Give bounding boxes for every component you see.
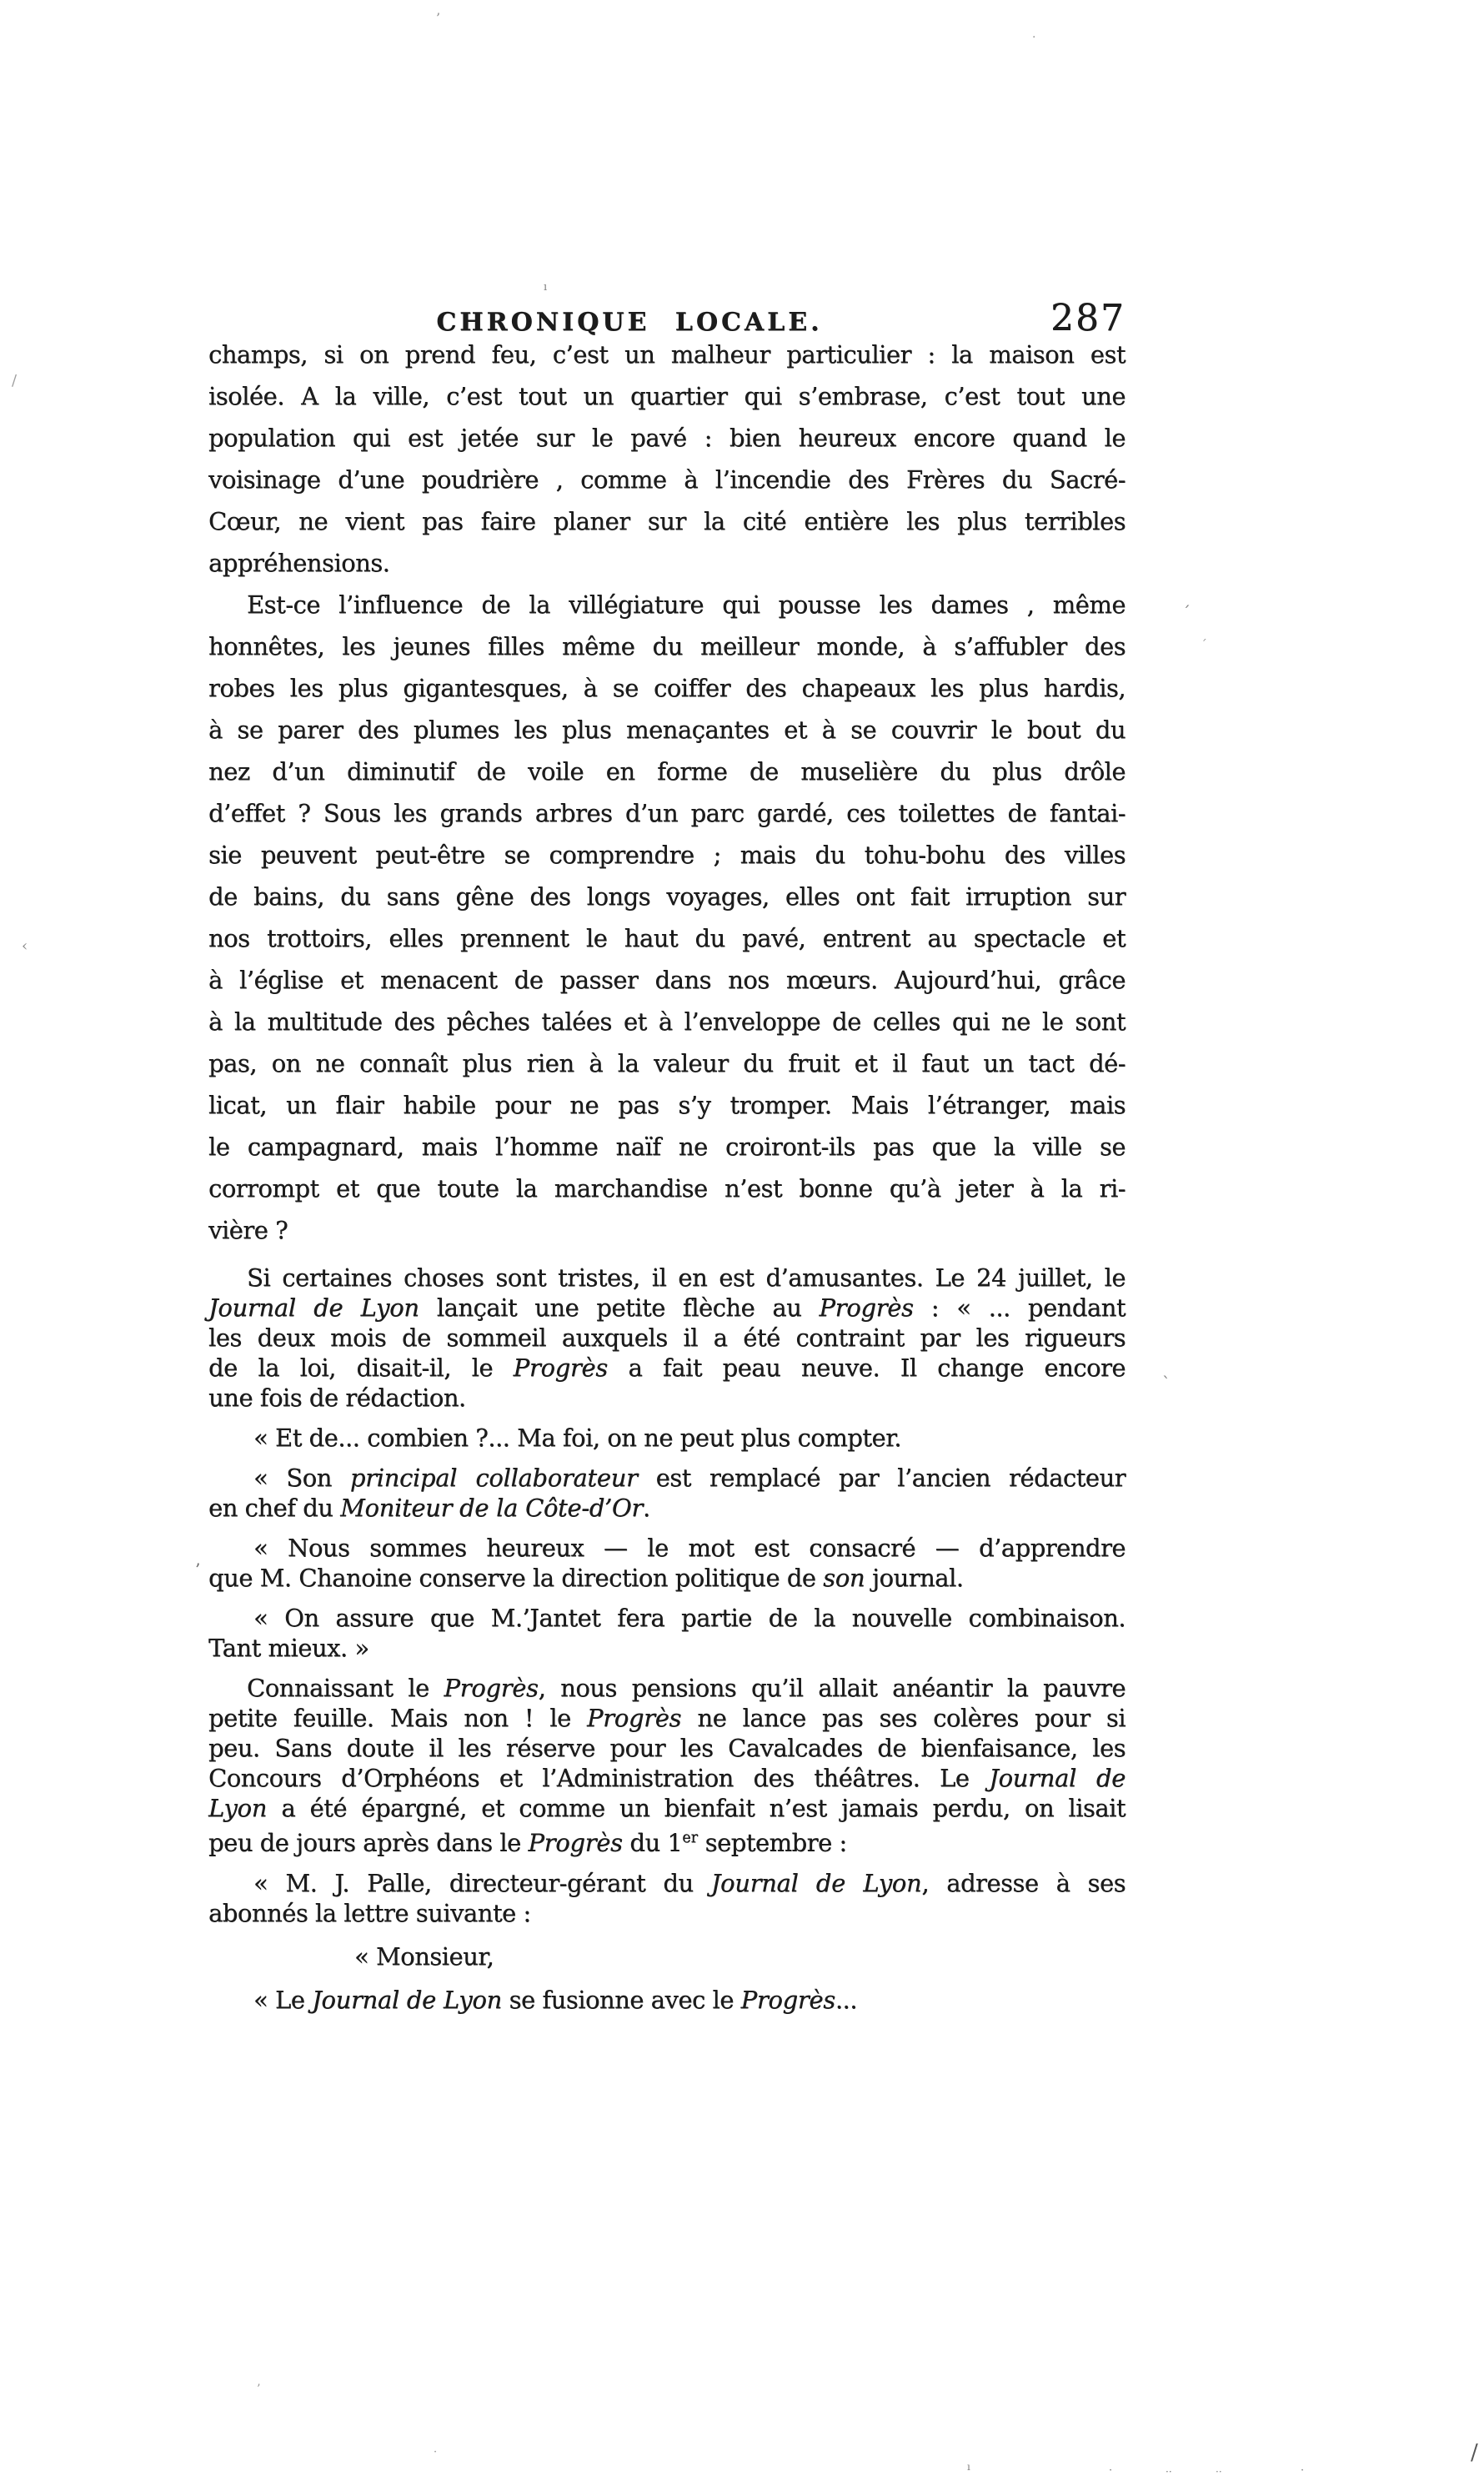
plain-text: appréhensions. (208, 549, 389, 577)
text-line: sie peuvent peut-être se comprendre ; ma… (208, 834, 1126, 876)
plain-text: « Monsieur, (354, 1942, 494, 1971)
text-line: nos trottoirs, elles prennent le haut du… (208, 917, 1126, 959)
text-block: champs, si on prend feu, c’est un malheu… (208, 334, 1126, 2015)
plain-text: licat, un flair habile pour ne pas s’y t… (208, 1091, 1126, 1119)
text-line: « Et de... combien ?... Ma foi, on ne pe… (208, 1423, 1126, 1453)
text-line: vière ? (208, 1209, 1126, 1251)
italic-text: Progrès (587, 1704, 681, 1732)
plain-text: , adresse à ses (921, 1869, 1126, 1897)
italic-text: Progrès (819, 1293, 913, 1322)
scan-speck: ` (1162, 1374, 1171, 1391)
scan-speck: ´ (1182, 604, 1191, 620)
scan-speck: ’ (257, 2383, 260, 2395)
italic-text: Progrès (444, 1674, 538, 1702)
plain-text: Cœur, ne vient pas faire planer sur la c… (208, 507, 1126, 535)
plain-text: nos trottoirs, elles prennent le haut du… (208, 924, 1126, 952)
plain-text: à se parer des plumes les plus menaçante… (208, 716, 1126, 744)
scan-speck: · (434, 2447, 437, 2458)
quote-on-assure: « On assure que M.’Jantet fera partie de… (208, 1603, 1126, 1663)
quote-fusion: « Le Journal de Lyon se fusionne avec le… (208, 1985, 1126, 2015)
plain-text: petite feuille. Mais non ! le (208, 1704, 587, 1732)
scan-speck: ˊ (1201, 639, 1207, 652)
text-line: pas, on ne connaît plus rien à la valeur… (208, 1042, 1126, 1084)
text-line: Concours d’Orphéons et l’Administration … (208, 1763, 1126, 1793)
text-line: Lyon a été épargné, et comme un bienfait… (208, 1793, 1126, 1823)
text-line: peu. Sans doute il les réserve pour les … (208, 1733, 1126, 1763)
scan-speck: · (1109, 2465, 1112, 2476)
scan-speck: ·· (1166, 2467, 1172, 2477)
text-line: à la multitude des pêches talées et à l’… (208, 1001, 1126, 1042)
scan-speck: / (1471, 2442, 1478, 2463)
plain-text: une fois de rédaction. (208, 1384, 466, 1412)
text-line: abonnés la lettre suivante : (208, 1898, 1126, 1928)
plain-text: « On assure que M.’Jantet fera partie de… (253, 1604, 1126, 1632)
text-line: le campagnard, mais l’homme naïf ne croi… (208, 1126, 1126, 1168)
text-line: Journal de Lyon lançait une petite flèch… (208, 1293, 1126, 1323)
text-line: Si certaines choses sont tristes, il en … (208, 1263, 1126, 1293)
scan-speck: ı (544, 282, 547, 293)
italic-text: Moniteur de la Côte-d’Or (340, 1494, 643, 1522)
plain-text: robes les plus gigantesques, à se coiffe… (208, 674, 1126, 702)
plain-text: population qui est jetée sur le pavé : b… (208, 424, 1126, 452)
plain-text: Si certaines choses sont tristes, il en … (247, 1263, 1126, 1292)
text-line: « Monsieur, (208, 1941, 1126, 1971)
scan-speck: · (1032, 32, 1035, 43)
text-line: de bains, du sans gêne des longs voyages… (208, 876, 1126, 917)
superscript-text: er (682, 1830, 698, 1846)
text-line: Cœur, ne vient pas faire planer sur la c… (208, 500, 1126, 542)
text-line: à l’église et menacent de passer dans no… (208, 959, 1126, 1001)
text-line: appréhensions. (208, 542, 1126, 584)
plain-text: de bains, du sans gêne des longs voyages… (208, 882, 1126, 911)
plain-text: lançait une petite flèche au (419, 1293, 820, 1322)
italic-text: son (823, 1564, 865, 1592)
plain-text: « Son (253, 1464, 350, 1492)
plain-text: Concours d’Orphéons et l’Administration … (208, 1764, 989, 1792)
plain-text: sie peuvent peut-être se comprendre ; ma… (208, 841, 1126, 869)
plain-text: « Le (253, 1986, 312, 2014)
plain-text: honnêtes, les jeunes filles même du meil… (208, 632, 1126, 660)
quote-et-de-combien: « Et de... combien ?... Ma foi, on ne pe… (208, 1423, 1126, 1453)
plain-text: a fait peau neuve. Il change encore (608, 1354, 1126, 1382)
italic-text: Progrès (528, 1829, 622, 1857)
text-line: Est-ce l’influence de la villégiature qu… (208, 584, 1126, 625)
plain-text: corrompt et que toute la marchandise n’e… (208, 1174, 1126, 1203)
scan-speck: / (12, 374, 17, 389)
text-line: « M. J. Palle, directeur-gérant du Journ… (208, 1868, 1126, 1898)
plain-text: que M. Chanoine conserve la direction po… (208, 1564, 823, 1592)
quote-palle-lettre: « M. J. Palle, directeur-gérant du Journ… (208, 1868, 1126, 1928)
plain-text: Tant mieux. » (208, 1634, 369, 1662)
text-line: « On assure que M.’Jantet fera partie de… (208, 1603, 1126, 1633)
text-line: « Le Journal de Lyon se fusionne avec le… (208, 1985, 1126, 2015)
text-line: Tant mieux. » (208, 1633, 1126, 1663)
scan-speck: ‹ (22, 939, 28, 954)
plain-text: vière ? (208, 1216, 288, 1244)
quote-nous-sommes-heureux: « Nous sommes heureux — le mot est consa… (208, 1533, 1126, 1593)
plain-text: les deux mois de sommeil auxquels il a é… (208, 1323, 1126, 1352)
plain-text: à la multitude des pêches talées et à l’… (208, 1007, 1126, 1036)
text-line: voisinage d’une poudrière , comme à l’in… (208, 459, 1126, 500)
quote-son-collaborateur: « Son principal collaborateur est rempla… (208, 1463, 1126, 1523)
italic-text: principal collaborateur (350, 1464, 638, 1492)
scan-speck: ’ (195, 1561, 200, 1578)
paragraph-champs: champs, si on prend feu, c’est un malheu… (208, 334, 1126, 584)
text-line: en chef du Moniteur de la Côte-d’Or. (208, 1493, 1126, 1523)
text-line: isolée. A la ville, c’est tout un quarti… (208, 375, 1126, 417)
italic-text: Journal de (989, 1764, 1126, 1792)
plain-text: à l’église et menacent de passer dans no… (208, 966, 1126, 994)
italic-text: Journal de Lyon (711, 1869, 922, 1897)
scan-speck: ·· (1216, 2467, 1222, 2477)
text-line: une fois de rédaction. (208, 1383, 1126, 1413)
plain-text: septembre : (698, 1829, 847, 1857)
text-line: population qui est jetée sur le pavé : b… (208, 417, 1126, 459)
plain-text: : « ... pendant (914, 1293, 1126, 1322)
plain-text: se fusionne avec le (502, 1986, 741, 2014)
text-line: nez d’un diminutif de voile en forme de … (208, 751, 1126, 792)
plain-text: . (643, 1494, 650, 1522)
italic-text: Journal de Lyon (312, 1986, 502, 2014)
italic-text: Lyon (208, 1794, 267, 1822)
plain-text: nez d’un diminutif de voile en forme de … (208, 757, 1126, 786)
plain-text: en chef du (208, 1494, 340, 1522)
plain-text: peu de jours après dans le (208, 1829, 528, 1857)
paragraph-villegiature: Est-ce l’influence de la villégiature qu… (208, 584, 1126, 1251)
italic-text: Journal de Lyon (208, 1293, 419, 1322)
plain-text: pas, on ne connaît plus rien à la valeur… (208, 1049, 1126, 1077)
plain-text: le campagnard, mais l’homme naïf ne croi… (208, 1133, 1126, 1161)
italic-text: Progrès (514, 1354, 608, 1382)
paragraph-connaissant-progres: Connaissant le Progrès, nous pensions qu… (208, 1673, 1126, 1858)
text-line: « Son principal collaborateur est rempla… (208, 1463, 1126, 1493)
plain-text: journal. (865, 1564, 963, 1592)
text-line: à se parer des plumes les plus menaçante… (208, 709, 1126, 751)
plain-text: , nous pensions qu’il allait anéantir la… (539, 1674, 1126, 1702)
text-line: petite feuille. Mais non ! le Progrès ne… (208, 1703, 1126, 1733)
text-line: licat, un flair habile pour ne pas s’y t… (208, 1084, 1126, 1126)
plain-text: « Nous sommes heureux — le mot est consa… (253, 1534, 1126, 1562)
text-line: les deux mois de sommeil auxquels il a é… (208, 1323, 1126, 1353)
scanned-book-page: CHRONIQUE LOCALE. 287 champs, si on pren… (0, 0, 1484, 2481)
plain-text: ne lance pas ses colères pour si (681, 1704, 1126, 1732)
plain-text: voisinage d’une poudrière , comme à l’in… (208, 465, 1126, 494)
plain-text: Connaissant le (247, 1674, 444, 1702)
plain-text: isolée. A la ville, c’est tout un quarti… (208, 382, 1126, 410)
text-line: « Nous sommes heureux — le mot est consa… (208, 1533, 1126, 1563)
text-line: d’effet ? Sous les grands arbres d’un pa… (208, 792, 1126, 834)
text-line: peu de jours après dans le Progrès du 1e… (208, 1823, 1126, 1858)
plain-text: de la loi, disait-il, le (208, 1354, 514, 1382)
text-line: robes les plus gigantesques, à se coiffe… (208, 667, 1126, 709)
text-line: corrompt et que toute la marchandise n’e… (208, 1168, 1126, 1209)
plain-text: abonnés la lettre suivante : (208, 1899, 531, 1927)
text-line: de la loi, disait-il, le Progrès a fait … (208, 1353, 1126, 1383)
plain-text: champs, si on prend feu, c’est un malheu… (208, 340, 1126, 369)
plain-text: d’effet ? Sous les grands arbres d’un pa… (208, 799, 1126, 827)
plain-text: « M. J. Palle, directeur-gérant du (253, 1869, 711, 1897)
quote-monsieur: « Monsieur, (208, 1941, 1126, 1971)
scan-speck: ı (967, 2462, 970, 2472)
plain-text: du 1 (623, 1829, 683, 1857)
plain-text: est remplacé par l’ancien rédacteur (638, 1464, 1126, 1492)
plain-text: Est-ce l’influence de la villégiature qu… (247, 590, 1126, 619)
text-line: honnêtes, les jeunes filles même du meil… (208, 625, 1126, 667)
scan-speck: ’ (436, 12, 440, 25)
plain-text: ... (835, 1986, 857, 2014)
plain-text: « Et de... combien ?... Ma foi, on ne pe… (253, 1424, 901, 1452)
text-line: champs, si on prend feu, c’est un malheu… (208, 334, 1126, 375)
plain-text: a été épargné, et comme un bienfait n’es… (267, 1794, 1126, 1822)
plain-text: peu. Sans doute il les réserve pour les … (208, 1734, 1126, 1762)
running-title: CHRONIQUE LOCALE. (208, 308, 1050, 337)
text-line: que M. Chanoine conserve la direction po… (208, 1563, 1126, 1593)
text-line: Connaissant le Progrès, nous pensions qu… (208, 1673, 1126, 1703)
scan-speck: · (1301, 2465, 1304, 2476)
italic-text: Progrès (741, 1986, 835, 2014)
paragraph-journal-fleche: Si certaines choses sont tristes, il en … (208, 1263, 1126, 1413)
